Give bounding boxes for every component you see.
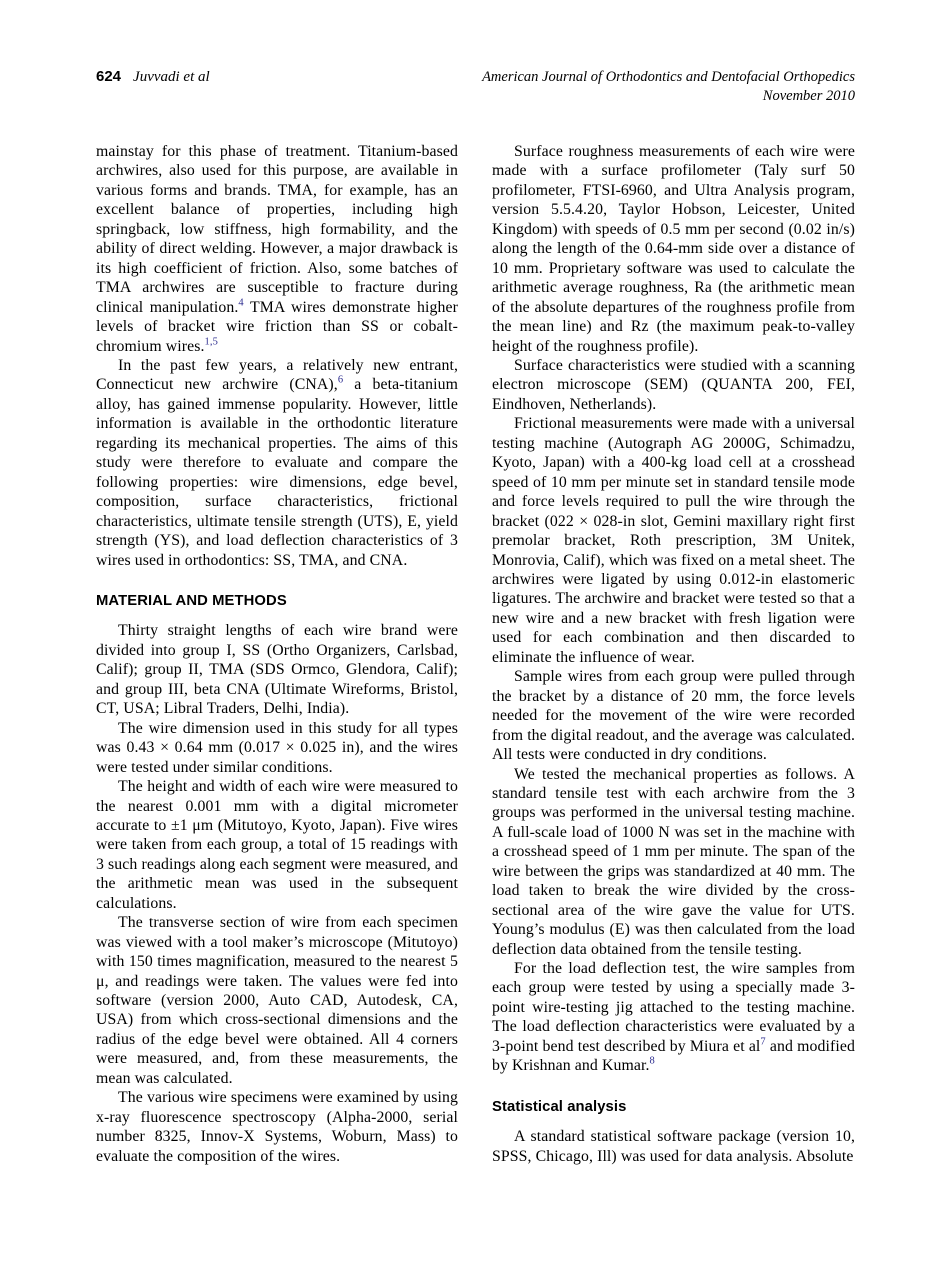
citation-reference[interactable]: 6 (338, 375, 343, 386)
citation-reference[interactable]: 4 (238, 297, 243, 308)
paragraph: A standard statistical software package … (492, 1127, 855, 1166)
journal-page: { "header": { "page_number": "624", "run… (0, 0, 950, 1272)
running-head-left: 624 Juvvadi et al (96, 68, 210, 86)
paragraph: The various wire specimens were examined… (96, 1088, 458, 1166)
paragraph: Sample wires from each group were pulled… (492, 667, 855, 764)
journal-title: American Journal of Orthodontics and Den… (482, 68, 855, 87)
paragraph: Frictional measurements were made with a… (492, 414, 855, 667)
running-authors: Juvvadi et al (133, 69, 210, 86)
paragraph: Surface roughness measurements of each w… (492, 142, 855, 356)
issue-date: November 2010 (482, 87, 855, 106)
page-number: 624 (96, 68, 121, 85)
paragraph: mainstay for this phase of treatment. Ti… (96, 142, 458, 356)
running-head-right: American Journal of Orthodontics and Den… (482, 68, 855, 106)
paragraph: We tested the mechanical properties as f… (492, 765, 855, 960)
paragraph: The wire dimension used in this study fo… (96, 719, 458, 777)
section-heading: Statistical analysis (492, 1098, 855, 1117)
page-header: 624 Juvvadi et al American Journal of Or… (96, 68, 855, 106)
paragraph: The height and width of each wire were m… (96, 777, 458, 913)
paragraph: The transverse section of wire from each… (96, 913, 458, 1088)
paragraph: Thirty straight lengths of each wire bra… (96, 621, 458, 718)
text-column-right: Surface roughness measurements of each w… (492, 142, 855, 1166)
section-heading: MATERIAL AND METHODS (96, 592, 458, 611)
citation-reference[interactable]: 8 (650, 1056, 655, 1067)
text-column-left: mainstay for this phase of treatment. Ti… (96, 142, 458, 1166)
paragraph: For the load deflection test, the wire s… (492, 959, 855, 1076)
citation-reference[interactable]: 1,5 (205, 336, 218, 347)
citation-reference[interactable]: 7 (760, 1037, 765, 1048)
paragraph: In the past few years, a relatively new … (96, 356, 458, 570)
paragraph: Surface characteristics were studied wit… (492, 356, 855, 414)
